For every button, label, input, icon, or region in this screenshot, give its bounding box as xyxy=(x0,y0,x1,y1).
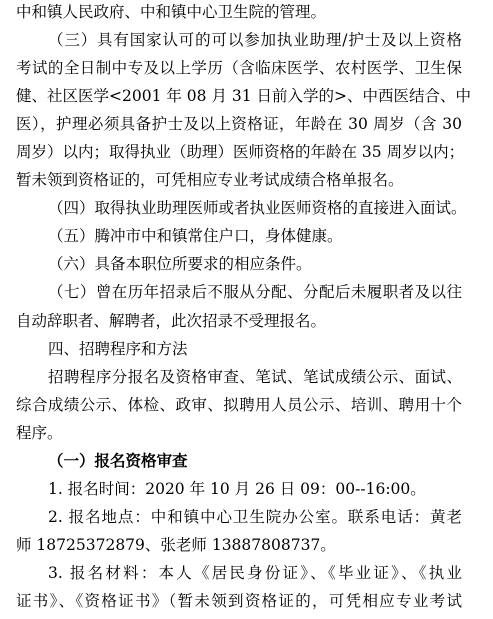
text-line-22: 证书》、《资格证书》（暂未领到资格证的，可凭相应专业考试 xyxy=(16,587,462,615)
text-line-20: 师 18725372879、张老师 13887808737。 xyxy=(16,531,462,559)
text-line-3: 考试的全日制中专及以上学历（含临床医学、农村医学、卫生保 xyxy=(16,54,462,82)
text-line-9: （五）腾冲市中和镇常住户口，身体健康。 xyxy=(16,222,462,250)
subsection-heading-registration-review: （一）报名资格审查 xyxy=(16,447,462,475)
text-line-18: 1. 报名时间：2020 年 10 月 26 日 09：00--16:00。 xyxy=(16,475,462,503)
text-line-7: 暂未领到资格证的，可凭相应专业考试成绩合格单报名。 xyxy=(16,166,462,194)
text-line-16: 程序。 xyxy=(16,419,462,447)
text-line-15: 综合成绩公示、体检、政审、拟聘用人员公示、培训、聘用十个 xyxy=(16,391,462,419)
text-line-6: 周岁）以内；取得执业（助理）医师资格的年龄在 35 周岁以内； xyxy=(16,138,462,166)
document-page: 中和镇人民政府、中和镇中心卫生院的管理。 （三）具有国家认可的可以参加执业助理/… xyxy=(16,0,462,615)
text-line-19: 2. 报名地点：中和镇中心卫生院办公室。联系电话：黄老 xyxy=(16,503,462,531)
text-line-11: （七）曾在历年招录后不服从分配、分配后未履职者及以往 xyxy=(16,278,462,306)
section-heading-recruitment-procedure: 四、招聘程序和方法 xyxy=(16,335,462,363)
text-line-14: 招聘程序分报名及资格审查、笔试、笔试成绩公示、面试、 xyxy=(16,363,462,391)
text-line-10: （六）具备本职位所要求的相应条件。 xyxy=(16,250,462,278)
text-line-4: 健、社区医学<2001 年 08 月 31 日前入学的>、中西医结合、中 xyxy=(16,82,462,110)
text-line-1: 中和镇人民政府、中和镇中心卫生院的管理。 xyxy=(16,0,462,26)
text-line-2: （三）具有国家认可的可以参加执业助理/护士及以上资格 xyxy=(16,26,462,54)
text-line-8: （四）取得执业助理医师或者执业医师资格的直接进入面试。 xyxy=(16,194,462,222)
text-line-21: 3. 报名材料：本人《居民身份证》、《毕业证》、《执业 xyxy=(16,559,462,587)
text-line-5: 医），护理必须具备护士及以上资格证，年龄在 30 周岁（含 30 xyxy=(16,110,462,138)
text-line-12: 自动辞职者、解聘者，此次招录不受理报名。 xyxy=(16,307,462,335)
